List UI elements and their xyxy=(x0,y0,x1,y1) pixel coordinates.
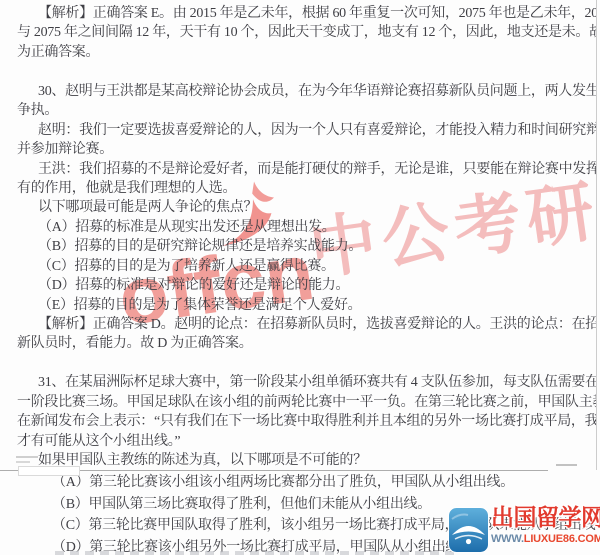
text-line: 并参加辩论赛。 xyxy=(17,140,596,159)
page-break-dash-left xyxy=(16,456,38,458)
page-break-dash-left-small xyxy=(16,461,30,463)
question-text-block-1: 【解析】正确答案 E。由 2015 年是乙未年，根据 60 年重复一次可知，20… xyxy=(17,4,596,471)
text-line: （E）招募的目的是为了集体荣誉还是满足个人爱好。 xyxy=(17,296,596,315)
page-break-notch xyxy=(18,466,80,476)
text-line: 才有可能从这个小组出线。” xyxy=(17,432,596,451)
site-url-www: WWW. xyxy=(491,533,524,545)
text-line: 【解析】正确答案 E。由 2015 年是乙未年，根据 60 年重复一次可知，20… xyxy=(17,4,596,23)
page-right-edge-line xyxy=(596,0,597,470)
site-url-domain: LIUXUE86.COM xyxy=(524,533,600,545)
text-line: 30、赵明与王洪都是某高校辩论协会成员，在为今年华语辩论赛招募新队员问题上，两人… xyxy=(17,82,596,101)
text-line xyxy=(17,354,596,373)
text-line: 为正确答案。 xyxy=(17,43,596,62)
text-line: （C）招募的目的是为了培养新人还是赢得比赛。 xyxy=(17,257,596,276)
text-line: 与 2075 年之间间隔 12 年，天干有 10 个，因此天干变成丁，地支有 1… xyxy=(17,23,596,42)
text-line: 王洪：我们招募的不是辩论爱好者，而是能打硬仗的辩手，无论是谁，只要能在辩论赛中发… xyxy=(17,160,596,179)
text-line: （B）招募的目的是研究辩论规律还是培养实战能力。 xyxy=(17,237,596,256)
site-name-text: 出国留学网 xyxy=(491,503,600,532)
logo-text-group: 出国留学网 WWW.LIUXUE86.COM xyxy=(491,503,600,546)
page-break-dash-right xyxy=(556,464,577,466)
text-line: （A）第三轮比赛该小组该小组两场比赛都分出了胜负，甲国队从小组出线。 xyxy=(17,472,596,494)
text-line: 争执。 xyxy=(17,101,596,120)
text-line: 一阶段比赛三场。甲国足球队在该小组的前两轮比赛中一平一负。在第三轮比赛之前，甲国… xyxy=(17,393,596,412)
document-page: offcn 中公考研 【解析】正确答案 E。由 2015 年是乙未年，根据 60… xyxy=(0,0,600,555)
umbrella-bridge-icon xyxy=(448,507,489,553)
text-line xyxy=(17,62,596,81)
text-line: （A）招募的标准是从现实出发还是从理想出发。 xyxy=(17,218,596,237)
text-line: 【解析】正确答案 D。赵明的论点：在招募新队员时，选拔喜爱辩论的人。王洪的论点：… xyxy=(17,315,596,334)
text-line: 赵明：我们一定要选拔喜爱辩论的人，因为一个人只有喜爱辩论，才能投入精力和时间研究… xyxy=(17,121,596,140)
text-line: 有的作用，他就是我们理想的人选。 xyxy=(17,179,596,198)
text-line: 31、在某届洲际杯足球大赛中，第一阶段某小组单循环赛共有 4 支队伍参加，每支队… xyxy=(17,373,596,392)
page-break-rule xyxy=(0,470,548,471)
text-line: （D）招募的标准是对辩论的爱好还是辩论的能力。 xyxy=(17,276,596,295)
site-url-text: WWW.LIUXUE86.COM xyxy=(491,532,600,546)
cutoff-text-strip xyxy=(55,551,455,555)
text-line: 在新闻发布会上表示：“只有我们在下一场比赛中取得胜利并且本组的另外一场比赛打成平… xyxy=(17,412,596,431)
text-line: 如果甲国队主教练的陈述为真，以下哪项是不可能的？ xyxy=(17,451,596,470)
text-line: 新队员时，看能力。故 D 为正确答案。 xyxy=(17,334,596,353)
text-line: 以下哪项最可能是两人争论的焦点？ xyxy=(17,198,596,217)
liuxue86-logo: 出国留学网 WWW.LIUXUE86.COM xyxy=(448,503,600,555)
